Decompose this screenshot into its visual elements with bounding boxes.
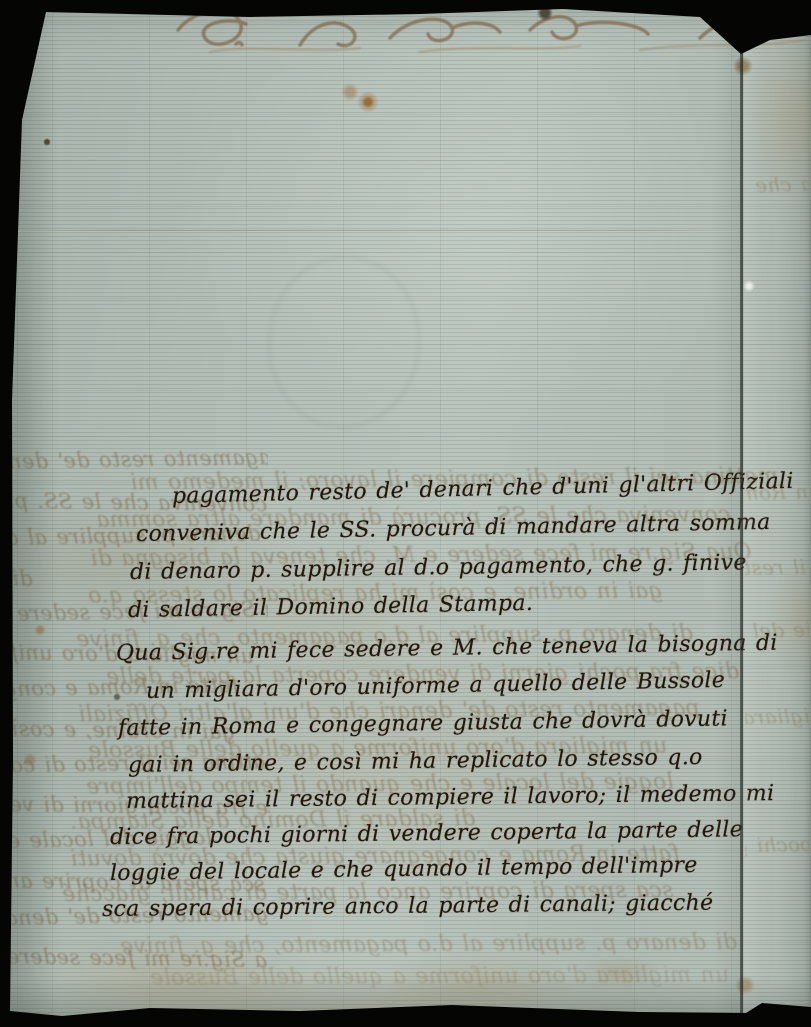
manuscript-page: mattina sei il resto di compiere il lavo…: [0, 0, 811, 1027]
ink-spots-overlay: [0, 0, 811, 1027]
photographic-backdrop: { "page_meta": { "kind": "Handwritten ma…: [0, 0, 811, 1027]
vertical-fold-crease: [740, 50, 743, 1027]
